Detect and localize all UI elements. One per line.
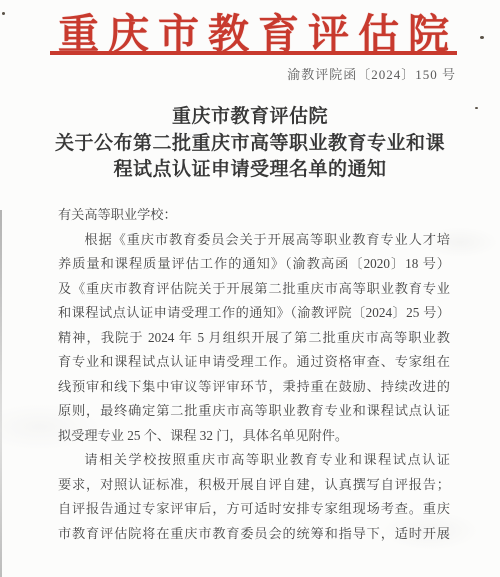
body-line: 拟受理专业 25 个、课程 32 门，具体名单见附件。 xyxy=(58,424,450,449)
body-line: 要求，对照认证标准，积极开展自评自建，认真撰写自评报告； xyxy=(58,473,450,498)
title-line-3: 程试点认证申请受理名单的通知 xyxy=(30,157,470,184)
scan-speck xyxy=(475,107,478,109)
body-line: 和课程试点认证申请受理工作的通知》（渝教评院〔2024〕25 号） xyxy=(58,301,450,326)
scan-speck xyxy=(480,36,484,39)
letterhead-divider xyxy=(50,51,457,55)
body-line: 精神，我院于 2024 年 5 月组织开展了第二批重庆市高等职业教 xyxy=(58,326,450,351)
document-body: 有关高等职业学校： 根据《重庆市教育委员会关于开展高等职业教育专业人才培 养质量… xyxy=(58,203,450,546)
body-line: 自评报告通过专家评审后，方可适时安排专家组现场考查。重庆 xyxy=(58,497,450,522)
body-line: 原则，最终确定第二批重庆市高等职业教育专业和课程试点认证 xyxy=(58,399,450,424)
body-line: 育专业和课程试点认证申请受理工作。通过资格审查、专家组在 xyxy=(58,350,450,375)
body-line: 线预审和线下集中审议等评审环节，秉持重在鼓励、持续改进的 xyxy=(58,375,450,400)
title-line-2: 关于公布第二批重庆市高等职业教育专业和课 xyxy=(30,131,470,158)
body-line: 及《重庆市教育评估院关于开展第二批重庆市高等职业教育专业 xyxy=(58,277,450,302)
salutation: 有关高等职业学校： xyxy=(58,203,450,228)
title-line-1: 重庆市教育评估院 xyxy=(30,104,470,131)
scan-edge-artifact xyxy=(0,210,2,577)
document-number: 渝教评院函〔2024〕150 号 xyxy=(287,64,456,83)
body-line: 养质量和课程质量评估工作的通知》（渝教高函〔2020〕18 号） xyxy=(58,252,450,277)
body-line: 市教育评估院将在重庆市教育委员会的统筹和指导下，适时开展 xyxy=(58,522,450,547)
body-line: 请相关学校按照重庆市高等职业教育专业和课程试点认证 xyxy=(58,448,450,473)
scanned-official-document: 重庆市教育评估院 渝教评院函〔2024〕150 号 重庆市教育评估院 关于公布第… xyxy=(0,0,500,577)
scan-speck xyxy=(2,12,5,15)
document-title: 重庆市教育评估院 关于公布第二批重庆市高等职业教育专业和课 程试点认证申请受理名… xyxy=(30,104,470,184)
body-line: 根据《重庆市教育委员会关于开展高等职业教育专业人才培 xyxy=(58,228,450,253)
